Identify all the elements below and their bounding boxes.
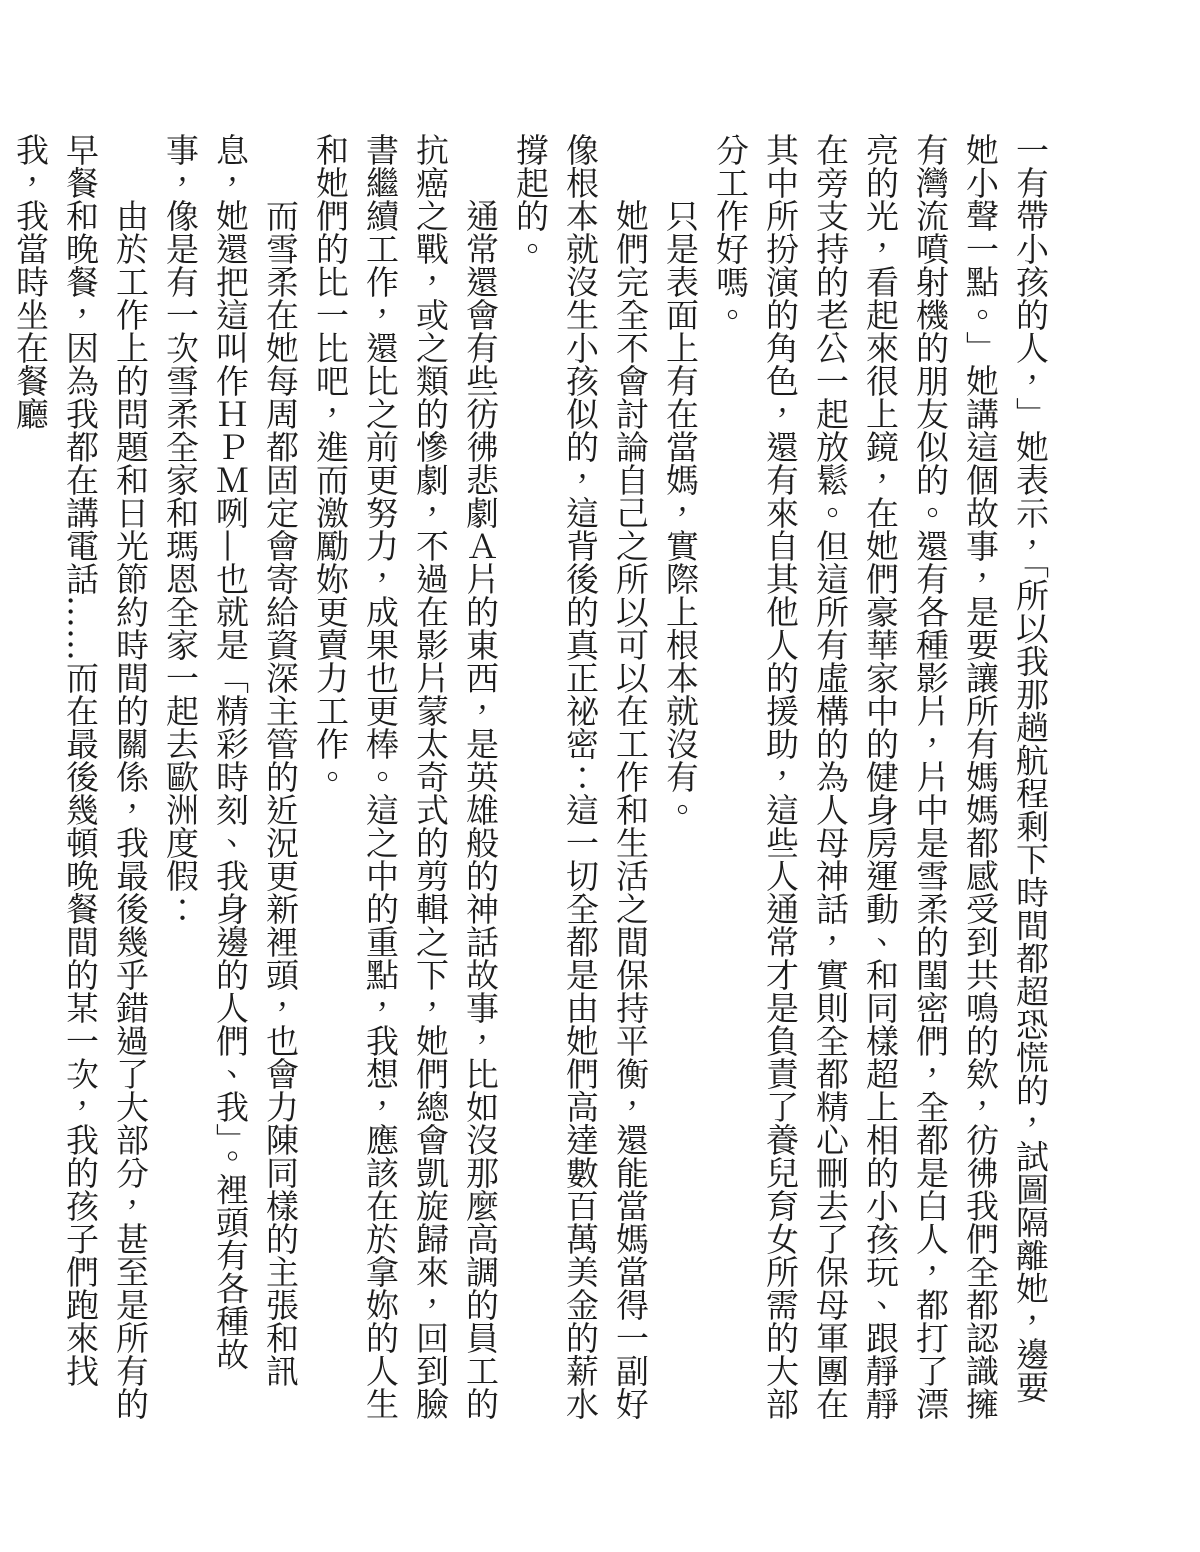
paragraph: 通常還會有些彷彿悲劇Ａ片的東西，是英雄般的神話故事，比如沒那麼高調的員工的抗癌之…: [305, 133, 505, 1428]
paragraph: 而雪柔在她每周都固定會寄給資深主管的近況更新裡頭，也會力陳同樣的主張和訊息，她還…: [155, 133, 305, 1428]
paragraph: 只是表面上有在當媽，實際上根本就沒有。: [655, 133, 705, 1428]
paragraph: 她們完全不會討論自己之所以可以在工作和生活之間保持平衡，還能當媽當得一副好像根本…: [505, 133, 655, 1428]
paragraph: 一有帶小孩的人，」她表示，「所以我那趟航程剩下時間都超恐慌的，試圖隔離她，邊要她…: [705, 133, 1055, 1428]
book-page: 一有帶小孩的人，」她表示，「所以我那趟航程剩下時間都超恐慌的，試圖隔離她，邊要她…: [0, 0, 1200, 1552]
vertical-text-block: 一有帶小孩的人，」她表示，「所以我那趟航程剩下時間都超恐慌的，試圖隔離她，邊要她…: [140, 133, 1055, 1428]
paragraph: 由於工作上的問題和日光節約時間的關係，我最後幾乎錯過了大部分，甚至是所有的早餐和…: [5, 133, 155, 1428]
